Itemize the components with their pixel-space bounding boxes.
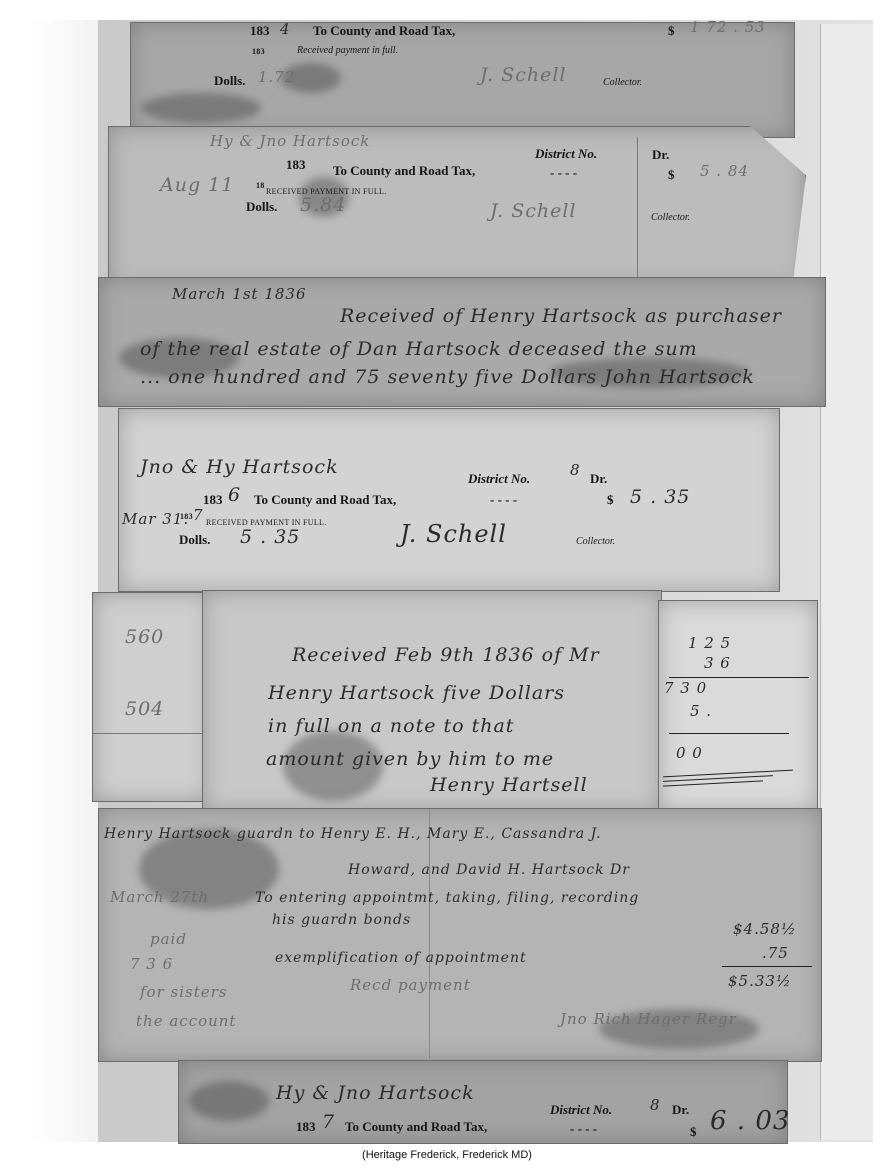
tally-rule — [663, 770, 793, 778]
receipt-1-dollar: $ — [668, 23, 675, 39]
margin-note-4: the account — [136, 1012, 236, 1030]
receipt-2-dashes: - - - - — [550, 165, 577, 181]
page-margin-left — [30, 20, 100, 1142]
receipt-1-title: To County and Road Tax, — [313, 23, 455, 39]
receipt-2-collector: Collector. — [651, 212, 690, 223]
receipt-2-signature: J. Schell — [490, 200, 577, 222]
receipt-3-year-hand: 6 — [228, 484, 241, 506]
receipt-2-received-year: 18 — [256, 181, 265, 190]
guardian-paid-note: Recd payment — [350, 976, 471, 994]
receipt-2-amount: 5 . 84 — [700, 162, 749, 180]
receipt-2-district-label: District No. — [535, 146, 597, 162]
receipt-3-district-no: 8 — [570, 461, 581, 479]
tally-rule — [663, 780, 763, 786]
receipt-1-received: Received payment in full. — [297, 45, 398, 56]
receipt-3-dolls-value: 5 . 35 — [240, 526, 300, 548]
receipt-3-dr: Dr. — [590, 471, 607, 487]
receipt-2-dollar: $ — [668, 167, 675, 183]
receipt-4-dollar: $ — [690, 1124, 697, 1140]
receipt-2-dolls-label: Dolls. — [246, 199, 277, 215]
receipt-3-amount: 5 . 35 — [630, 486, 690, 508]
total-rule — [722, 966, 812, 967]
receipt-1-year-hand: 4 — [280, 20, 291, 38]
note-feb-line-4: amount given by him to me — [266, 748, 554, 770]
note-feb-line-2: Henry Hartsock five Dollars — [268, 682, 565, 704]
fold-line — [429, 809, 430, 1059]
margin-note-3: for sisters — [140, 983, 228, 1001]
margin-figure-2: 504 — [125, 698, 164, 720]
receipt-3-name: Jno & Hy Hartsock — [140, 456, 339, 478]
receipt-3-collector: Collector. — [576, 536, 615, 547]
ink-stain — [189, 1081, 269, 1121]
guardian-item-2: his guardn bonds — [272, 912, 411, 928]
receipt-4-dashes: - - - - — [570, 1121, 597, 1137]
note-feb-line-3: in full on a note to that — [268, 715, 514, 737]
receipt-4-district-no: 8 — [650, 1096, 661, 1114]
tax-receipt-2 — [108, 126, 806, 290]
margin-note-1: paid — [150, 930, 187, 948]
receipt-3-received-year-hand: 7 — [193, 506, 204, 524]
tally-3: 7 3 0 — [664, 679, 707, 697]
receipt-3-received-year: 183 — [180, 512, 193, 521]
receipt-1-dolls-label: Dolls. — [214, 73, 245, 89]
note-feb-line-1: Received Feb 9th 1836 of Mr — [292, 644, 600, 666]
tally-scrap — [658, 600, 818, 812]
tally-4: 5 . — [690, 702, 712, 720]
guardian-total: $5.33½ — [728, 972, 791, 990]
receipt-2-name: Hy & Jno Hartsock — [210, 132, 370, 150]
receipt-3-dashes: - - - - — [490, 492, 517, 508]
receipt-1-signature: J. Schell — [480, 64, 567, 86]
ink-stain — [141, 93, 261, 123]
receipt-4-year-hand: 7 — [322, 1111, 335, 1133]
receipt-3-dolls-label: Dolls. — [179, 532, 210, 548]
tally-1: 1 2 5 — [688, 634, 731, 652]
receipt-4-year: 183 — [296, 1119, 316, 1135]
image-caption: (Heritage Frederick, Frederick MD) — [0, 1149, 894, 1161]
guardian-signature: Jno Rich Hager Regr — [560, 1010, 737, 1028]
mounting-sheet-edge — [820, 24, 873, 1140]
tally-rule — [669, 677, 809, 678]
guardian-item-3: exemplification of appointment — [275, 950, 527, 966]
receipt-2-year: 183 — [286, 157, 306, 173]
note-march-line-3: ... one hundred and 75 seventy five Doll… — [140, 366, 755, 388]
receipt-1-collector: Collector. — [603, 77, 642, 88]
receipt-1-amount: 1 72 . 53 — [690, 18, 766, 36]
margin-note-2: 7 3 6 — [130, 955, 173, 973]
note-march-line-2: of the real estate of Dan Hartsock decea… — [140, 338, 698, 360]
receipt-4-name: Hy & Jno Hartsock — [276, 1082, 475, 1104]
note-march-date: March 1st 1836 — [172, 285, 307, 303]
divider — [637, 137, 638, 287]
guardian-item-1: To entering appointmt, taking, filing, r… — [255, 890, 639, 906]
receipt-2-dr: Dr. — [652, 147, 669, 163]
receipt-1-dolls-value: 1.72 — [258, 68, 295, 86]
tally-5: 0 0 — [676, 744, 703, 762]
receipt-2-title: To County and Road Tax, — [333, 163, 475, 179]
receipt-1-year: 183 — [250, 23, 270, 39]
receipt-3-year: 183 — [203, 492, 223, 508]
receipt-2-date: Aug 11 — [160, 174, 234, 196]
receipt-1-received-year: 183 — [252, 47, 265, 56]
guardian-date: March 27th — [110, 888, 209, 906]
receipt-4-dr: Dr. — [672, 1102, 689, 1118]
receipt-4-title: To County and Road Tax, — [345, 1119, 487, 1135]
guardian-header-2: Howard, and David H. Hartsock Dr — [348, 862, 630, 878]
ledger-rule — [93, 733, 211, 734]
tally-2: 3 6 — [704, 654, 731, 672]
receipt-2-dolls-value: 5.84 — [300, 194, 346, 216]
receipt-3-signature: J. Schell — [400, 520, 507, 548]
guardian-header: Henry Hartsock guardn to Henry E. H., Ma… — [104, 826, 602, 842]
note-feb-signature: Henry Hartsell — [430, 774, 588, 796]
guardian-item-2-amount: $4.58½ — [733, 920, 796, 938]
guardian-item-3-amount: .75 — [762, 944, 789, 962]
receipt-3-dollar: $ — [607, 492, 614, 508]
receipt-3-district-label: District No. — [468, 471, 530, 487]
tally-rule — [669, 733, 789, 734]
receipt-4-amount: 6 . 03 — [710, 1106, 790, 1136]
ledger-scrap-left — [92, 592, 212, 802]
receipt-4-district-label: District No. — [550, 1102, 612, 1118]
margin-figure-1: 560 — [125, 626, 164, 648]
note-march-line-1: Received of Henry Hartsock as purchaser — [340, 305, 782, 327]
receipt-3-title: To County and Road Tax, — [254, 492, 396, 508]
